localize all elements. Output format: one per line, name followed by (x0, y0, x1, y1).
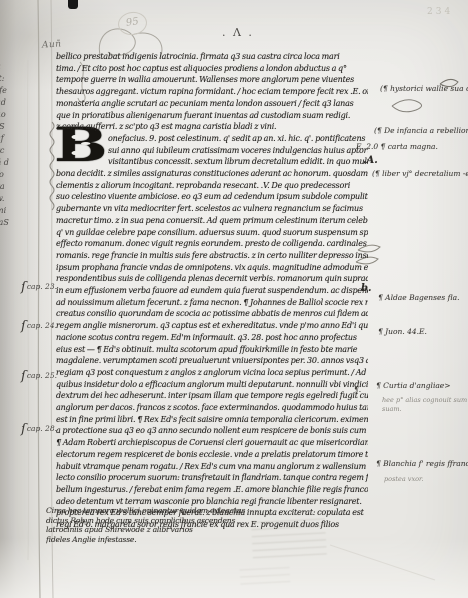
facing-page-fragment: af (0, 134, 12, 143)
manuscript-text-line: creatus consilio quorundam de scocia ac … (56, 309, 368, 320)
bottom-note-line: latrociniis apud Shirewode z alibi vario… (46, 525, 246, 534)
quire-mark: . Λ . (222, 26, 254, 39)
bracket-flourish: ſ (21, 422, 26, 437)
initial-decoration-dot (72, 151, 79, 155)
show-through-ghost-text (240, 567, 291, 586)
manuscript-photo: 234 . Λ . 95 Auñ B ait:IfeadkoISafrcñ df… (0, 0, 468, 598)
margin-annotation: (¶ liber vj° decretalium -e-) (372, 169, 468, 178)
manuscript-text-line: bellico prestabat indigenis latrocinia. … (56, 52, 368, 63)
chapter-mark: ſcap. 23. (21, 280, 57, 295)
facing-page-fragment: rc (0, 146, 12, 155)
margin-annotation: ¶ Curtia d'angliae> (376, 381, 451, 390)
margin-annotation: hee p° alias cognouit sum (382, 396, 467, 404)
manuscript-text-line: electorum regem respiceret de bonis eccl… (56, 450, 368, 461)
folio-number: 234 (427, 7, 453, 17)
chapter-mark-label: cap. 25. (27, 371, 57, 380)
manuscript-text-line: quibus insidetur dolo a efficacium anglo… (56, 380, 368, 391)
margin-annotation: (¶ hystorici wallie sua capt°.) (380, 84, 468, 93)
facing-page-fragment: Ife (0, 86, 12, 95)
manuscript-text-line: a protectione sua q3 eo q3 anno secundo … (56, 426, 368, 437)
chapter-mark-label: cap. 24. (27, 321, 57, 330)
manuscript-text-line: magdalene. verumptamen scoti preualuerun… (56, 356, 368, 367)
manuscript-text-line: q' vn guildae celebre pape consilium. ad… (56, 228, 368, 239)
manuscript-text-line: bellum ingesturus. / ferebat enim fama r… (56, 485, 368, 496)
manuscript-text-line: visitantibus concessit. sextum librum de… (108, 157, 368, 168)
manuscript-text-line: est in fine primi libri. ¶ Rex Ed's feci… (56, 415, 368, 426)
chapter-mark: ſcap. 25. (21, 369, 57, 384)
manuscript-text-line: que in prioratibus alienigenarum fuerant… (56, 111, 368, 122)
chapter-mark-label: cap. 28. (27, 424, 57, 433)
manuscript-text-line: tima. / Et cito post hoc captus est aliq… (56, 64, 368, 75)
facing-page-fragment: laS (0, 218, 12, 227)
facing-page-fragment: w. (0, 194, 12, 203)
manuscript-text-line: monasteria anglie scrutari ac pecuniam m… (56, 99, 368, 110)
bottom-note-line: Circa hec tempora wallici opinantur quid… (46, 506, 246, 515)
margin-annotation: postea vxor. (384, 475, 424, 483)
manuscript-text-line: gubernante vn vita mediocriter fert. sce… (56, 204, 368, 215)
manuscript-text-line: regiam q3 post conquestum z anglos z ang… (56, 368, 368, 379)
top-left-margin-note: Auñ (42, 39, 62, 50)
facing-page-fragment: ñ d (0, 158, 12, 167)
manuscript-text-line: tempore guerre in wallia amouerunt. Wall… (56, 75, 368, 86)
initial-decoration-dot (72, 135, 79, 139)
margin-annotation: b. (361, 283, 371, 294)
manuscript-text-line: anglorum per dacos. francos z scotos. fa… (56, 403, 368, 414)
initial-decoration-dot (81, 142, 90, 145)
facing-page-fragment: ko (0, 110, 12, 119)
manicule-doodle-2 (392, 100, 422, 112)
facing-page-fragment: IS (0, 122, 12, 131)
facing-page-fragment: a (0, 62, 12, 71)
margin-annotation: (¶ De infancia a rebellione.) (374, 126, 468, 135)
facing-page-fragment: it: (0, 74, 12, 83)
manuscript-text-line: suo celestino viuente ambiciose. eo q3 e… (56, 192, 368, 203)
margin-annotation: E. 2.0 ¶ carta magna. (356, 142, 438, 151)
manuscript-text-line: thesauros aggregant. victum rapina formi… (56, 87, 368, 98)
bracket-flourish: ſ (21, 280, 26, 295)
manuscript-text-line: sui anno qui iubileum cratissimam vocere… (108, 146, 368, 157)
manuscript-text-line: ipsum prophana francie vndas de omnipote… (56, 263, 368, 274)
manuscript-text-line: clementis z aliorum incogitant. reproban… (56, 181, 368, 192)
margin-annotation: suam. (382, 405, 402, 413)
margin-annotation: ¶. (354, 385, 361, 394)
manuscript-text-line: ad nouissimum alietum fecerunt. z fama n… (56, 298, 368, 309)
binding-tab-mark (68, 0, 78, 9)
manuscript-text-line: respondentibus suis de colligenda plenas… (56, 274, 368, 285)
manuscript-text-line: romanis. rege francie in multis suis fer… (56, 251, 368, 262)
manuscript-text-line: habuit vtramque penam rogatu. / Rex Ed's… (56, 462, 368, 473)
manuscript-text-line: effecto romanum. donec viguit regnis eor… (56, 239, 368, 250)
margin-annotation: ¶ Juon. 44.E. (378, 327, 427, 336)
manuscript-text-line: nacione scotus contra regem. Ed'm inform… (56, 333, 368, 344)
manuscript-text-line: dextrum dei hec adheserunt. inter ipsam … (56, 391, 368, 402)
manuscript-text-line: lecto consilio procerum suorum: transfre… (56, 473, 368, 484)
manuscript-text-line: macretur timo. z in sua pena conuersit. … (56, 216, 368, 227)
manuscript-text-line: onefacius. 9. post celestinum. q' sedit … (108, 134, 368, 145)
chapter-mark: ſcap. 28. (21, 422, 57, 437)
manuscript-text-line: z corda aufferri. z sc'pto q3 est magna … (56, 122, 368, 133)
manuscript-text-line: ¶ Adam Roberti archiepiscopus de Coruens… (56, 438, 368, 449)
bottom-note-line: dictus Robyn hode cum suis complicibus a… (46, 516, 246, 525)
facing-page-fragment: ra (0, 182, 12, 191)
chapter-mark: ſcap. 24. (21, 319, 57, 334)
facing-page-fragment: mi (0, 206, 12, 215)
manuscript-text-line: in eum effusionem verba fauore ad eundem… (56, 286, 368, 297)
manuscript-text-line: bona decidit. z similes assignaturas con… (56, 169, 368, 180)
show-through-ghost-text (251, 518, 327, 562)
manuscript-text-line: eius est — ¶ Ed's obtinuit. multa scotor… (56, 345, 368, 356)
bracket-flourish: ſ (21, 319, 26, 334)
margin-annotation: ¶ Blanchia f' regis ffrancie (376, 459, 468, 468)
manuscript-text-line: regem anglie misnerorum. q3 captus est e… (56, 321, 368, 332)
facing-page-fragment: ad (0, 98, 12, 107)
facing-page-fragment: fo (0, 170, 12, 179)
margin-annotation: .A. (363, 155, 378, 166)
bottom-note-line: fideles Anglie infestasse. (46, 535, 246, 544)
chapter-mark-label: cap. 23. (27, 282, 57, 291)
bracket-flourish: ſ (21, 369, 26, 384)
bottom-highlight (0, 538, 468, 598)
margin-annotation: ¶ Aldae Bagenses fla. (378, 293, 460, 302)
